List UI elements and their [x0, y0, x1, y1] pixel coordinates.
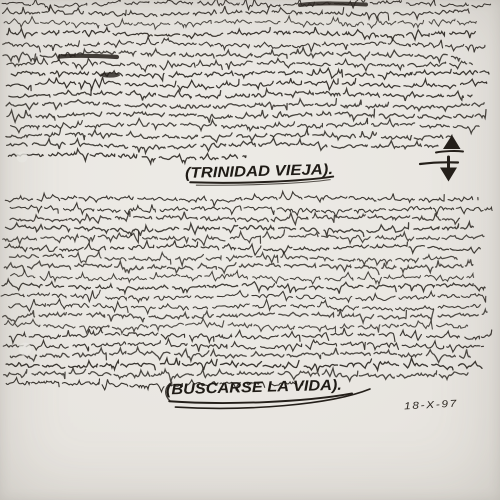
date-annotation: 18-X-97: [404, 399, 459, 413]
strikethrough-mark: [300, 3, 366, 5]
handwriting-block-1: [2, 0, 491, 164]
handwriting-line: [10, 347, 470, 362]
down-arrow-icon: [420, 157, 458, 182]
handwriting-line: [11, 271, 474, 285]
ink-blot: [100, 72, 120, 77]
up-arrow-baseline: [436, 151, 463, 153]
handwriting-line: [11, 118, 480, 133]
section-title-second-group: (BUSCARSE LA VIDA).: [165, 376, 370, 410]
manuscript-page: (TRINIDAD VIEJA). (BUSCARSE LA VIDA). 18…: [0, 0, 500, 500]
handwriting-line: [2, 279, 485, 293]
handwriting-line: [5, 319, 468, 334]
handwriting-line: [7, 138, 438, 153]
down-arrow-head: [440, 168, 457, 182]
handwriting-line: [4, 259, 473, 274]
handwriting-line: [10, 211, 459, 224]
paper-blemish: [19, 343, 32, 356]
handwriting-line: [9, 328, 491, 343]
section-title-buscarse-la-vida: (BUSCARSE LA VIDA).: [166, 377, 342, 399]
down-arrow-topline: [420, 162, 458, 164]
section-title-first-group: (TRINIDAD VIEJA).: [185, 161, 334, 186]
handwriting-line: [3, 339, 483, 352]
handwriting-line: [6, 358, 482, 372]
handwriting-line: [7, 27, 476, 40]
handwriting-line: [6, 77, 486, 91]
strikethrough-mark: [60, 56, 117, 57]
handwriting-line: [8, 149, 246, 164]
handwriting-line: [1, 290, 486, 302]
handwriting-line: [9, 251, 457, 265]
handwriting-line: [6, 128, 452, 142]
handwriting-line: [5, 240, 480, 255]
handwriting-line: [4, 16, 476, 29]
handwriting-line: [3, 309, 487, 323]
handwriting-line: [11, 68, 489, 80]
handwriting-line: [2, 0, 491, 11]
handwriting-line: [3, 6, 470, 20]
handwriting-line: [3, 230, 484, 246]
paper-blemish: [17, 152, 28, 163]
handwriting-line: [6, 99, 484, 111]
handwriting-line: [9, 299, 481, 313]
ink-layer: (TRINIDAD VIEJA). (BUSCARSE LA VIDA). 18…: [0, 0, 500, 500]
handwriting-line: [10, 203, 492, 217]
handwriting-block-2: [1, 192, 492, 392]
handwriting-line: [7, 58, 472, 72]
handwriting-line: [7, 109, 486, 123]
handwriting-line: [3, 37, 485, 52]
